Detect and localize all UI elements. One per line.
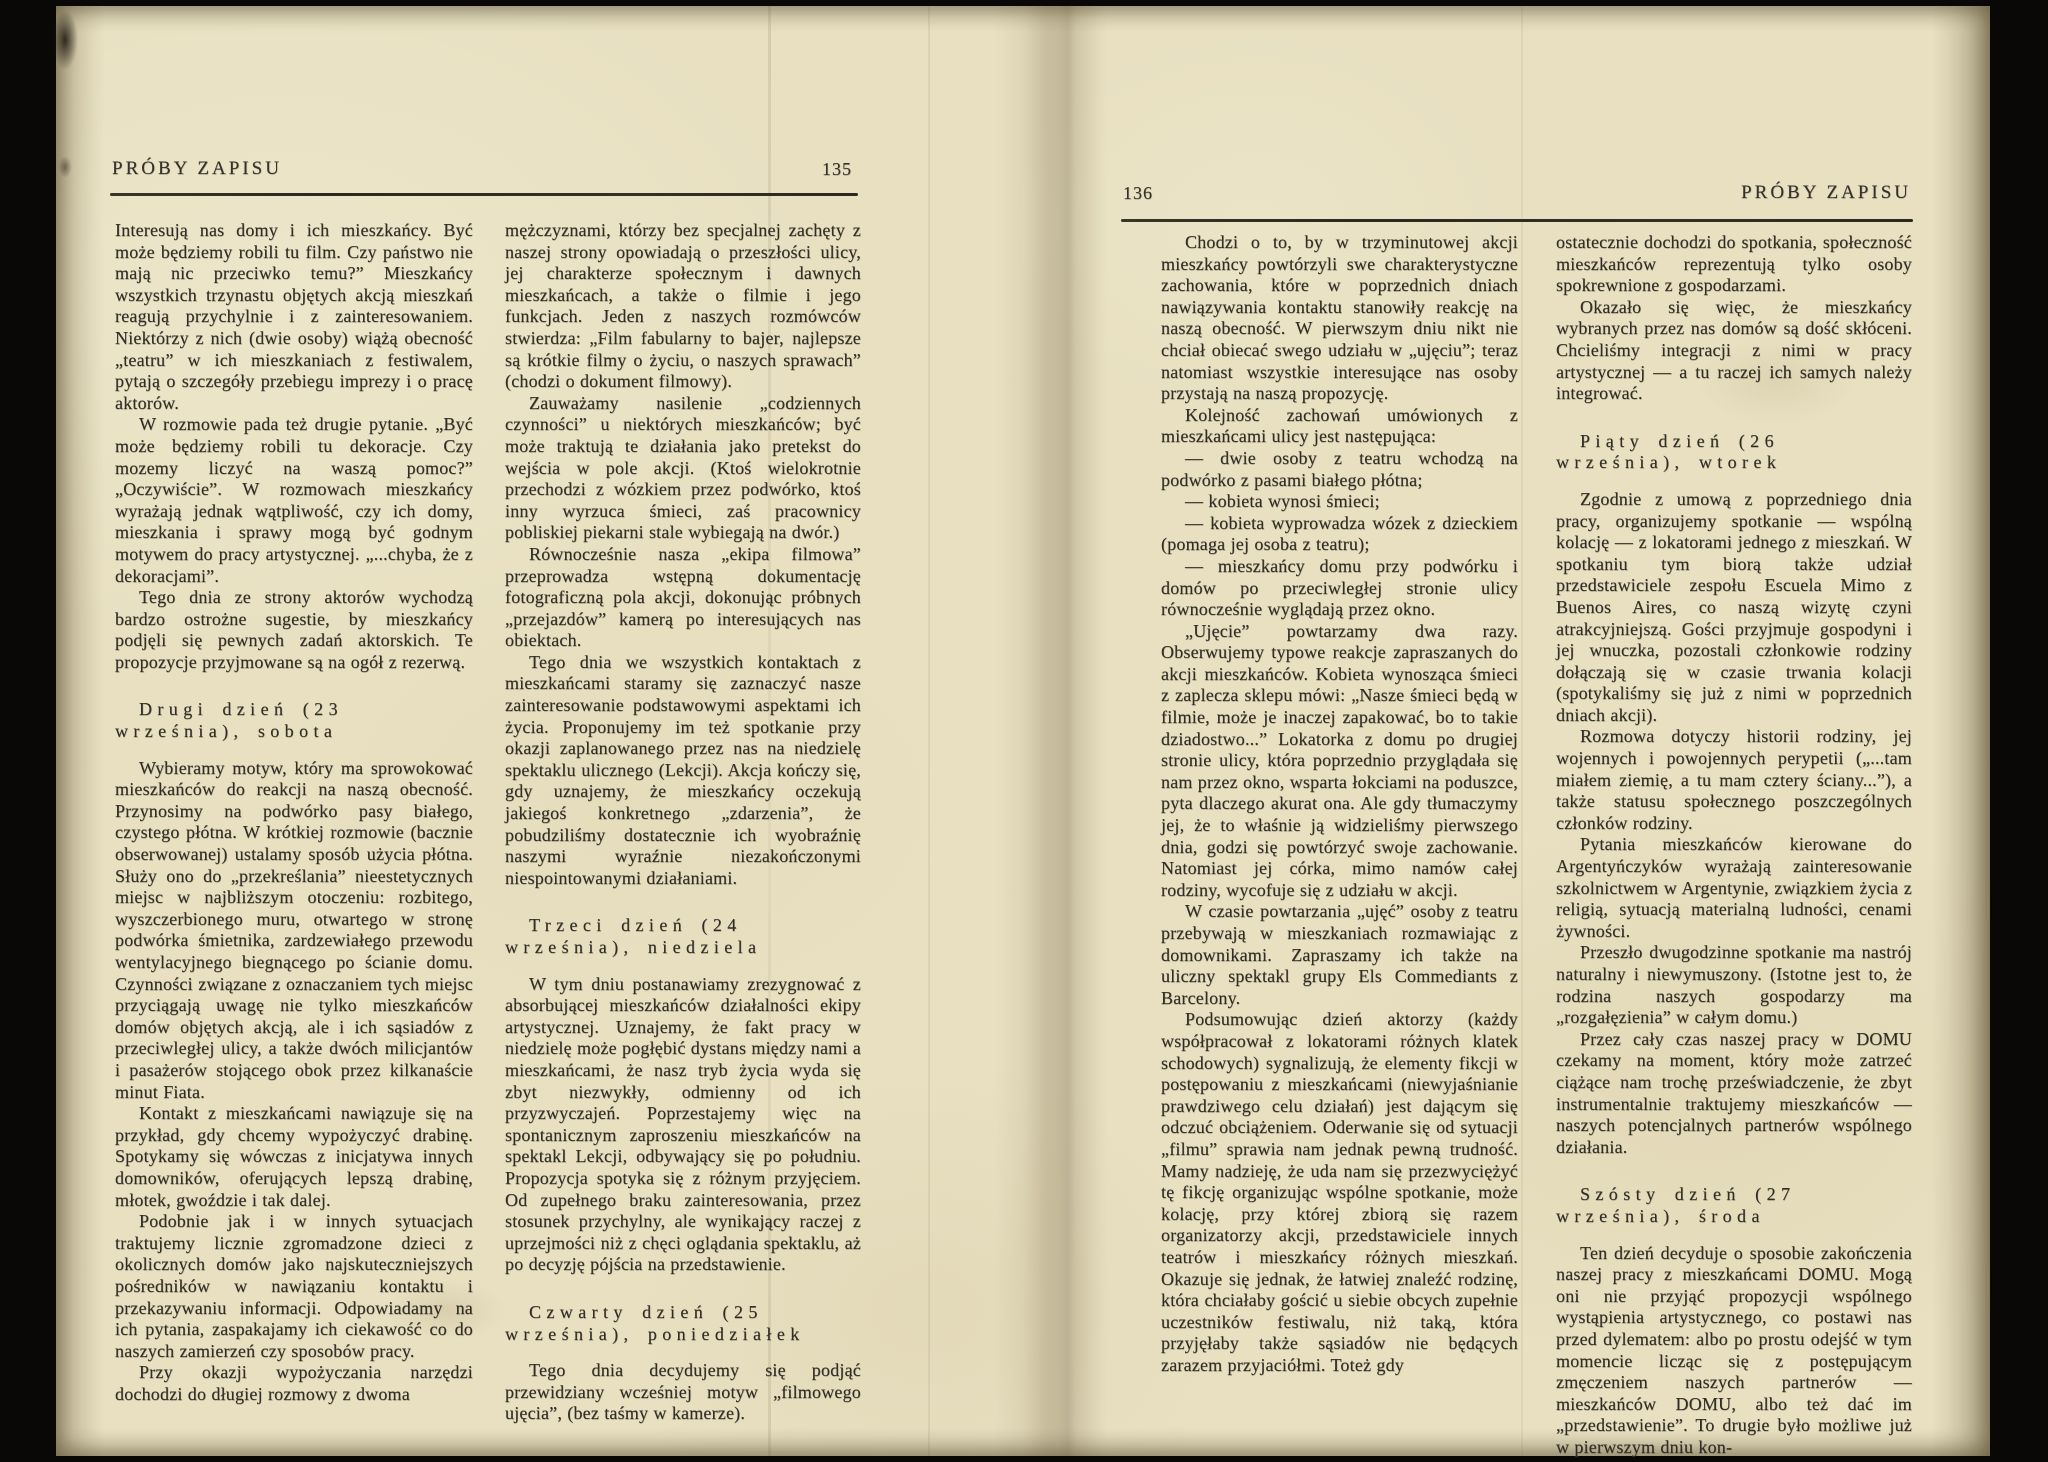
paragraph: Tego dnia ze strony aktorów wychodzą bar… — [115, 587, 473, 673]
center-fold-shadow — [1024, 6, 1108, 1456]
fold-line — [928, 6, 930, 1456]
paragraph: Przez cały czas naszej pracy w DOMU czek… — [1556, 1029, 1912, 1159]
header-rule-left — [110, 193, 858, 196]
paragraph: Kolejność zachowań umówionych z mieszkań… — [1161, 405, 1518, 448]
page-135-column-2: mężczyznami, którzy bez specjalnej zachę… — [505, 220, 861, 1425]
paragraph: — mieszkańcy domu przy podwórku i domów … — [1161, 556, 1518, 621]
running-head-right: PRÓBY ZAPISU — [1741, 182, 1911, 204]
paragraph: — kobieta wyprowadza wózek z dzieckiem (… — [1161, 513, 1518, 556]
paragraph: Równocześnie nasza „ekipa filmowa” przep… — [505, 544, 861, 652]
paragraph: Wybieramy motyw, który ma sprowokować mi… — [115, 758, 473, 1104]
paragraph: Przeszło dwugodzinne spotkanie ma nastró… — [1556, 942, 1912, 1028]
right-page-header: 136 PRÓBY ZAPISU — [1121, 176, 1913, 222]
page-136-column-1: Chodzi o to, by w trzyminutowej akcji mi… — [1161, 232, 1518, 1376]
paragraph: W rozmowie pada też drugie pytanie. „Być… — [115, 414, 473, 587]
section-heading: Trzeci dzień (24 września), niedziela — [505, 915, 861, 958]
left-page-header: PRÓBY ZAPISU 135 — [110, 152, 858, 196]
paragraph: Przy okazji wypożyczania narzędzi dochod… — [115, 1362, 473, 1405]
page-136-column-2: ostatecznie dochodzi do spotkania, społe… — [1556, 232, 1912, 1458]
ink-stain — [52, 10, 78, 70]
ink-stain — [58, 156, 72, 178]
paragraph: W tym dniu postanawiamy zrezygnować z ab… — [505, 974, 861, 1276]
paragraph: — kobieta wynosi śmieci; — [1161, 491, 1518, 513]
section-heading: Piąty dzień (26 września), wtorek — [1556, 431, 1912, 474]
paragraph: mężczyznami, którzy bez specjalnej zachę… — [505, 220, 861, 393]
paragraph: Podobnie jak i w innych sytuacjach trakt… — [115, 1211, 473, 1362]
paragraph: W czasie powtarzania „ujęć” osoby z teat… — [1161, 901, 1518, 1009]
page-number-left: 135 — [822, 159, 852, 180]
section-heading: Czwarty dzień (25 września), poniedziałe… — [505, 1302, 861, 1345]
section-heading: Drugi dzień (23 września), sobota — [115, 699, 473, 742]
paragraph: „Ujęcie” powtarzamy dwa razy. Obserwujem… — [1161, 621, 1518, 902]
paragraph: Chodzi o to, by w trzyminutowej akcji mi… — [1161, 232, 1518, 405]
paragraph: Ten dzień decyduje o sposobie zakończeni… — [1556, 1243, 1912, 1459]
paragraph: Zauważamy nasilenie „codziennych czynnoś… — [505, 393, 861, 544]
book-spread: PRÓBY ZAPISU 135 136 PRÓBY ZAPISU Intere… — [56, 6, 1990, 1456]
paragraph: Tego dnia decydujemy się podjąć przewidz… — [505, 1360, 861, 1425]
paragraph: Podsumowując dzień aktorzy (każdy współp… — [1161, 1009, 1518, 1376]
paragraph: Kontakt z mieszkańcami nawiązuje się na … — [115, 1103, 473, 1211]
paragraph: — dwie osoby z teatru wchodzą na podwórk… — [1161, 448, 1518, 491]
paragraph: Interesują nas domy i ich mieszkańcy. By… — [115, 220, 473, 414]
paragraph: Okazało się więc, że mieszkańcy wybranyc… — [1556, 297, 1912, 405]
fold-line — [1521, 6, 1523, 1456]
paragraph: Rozmowa dotyczy historii rodziny, jej wo… — [1556, 726, 1912, 834]
paragraph: Zgodnie z umową z poprzedniego dnia prac… — [1556, 489, 1912, 727]
section-heading: Szósty dzień (27 września), środa — [1556, 1184, 1912, 1227]
paragraph: ostatecznie dochodzi do spotkania, społe… — [1556, 232, 1912, 297]
paragraph: Pytania mieszkańców kierowane do Argenty… — [1556, 834, 1912, 942]
scan-background: PRÓBY ZAPISU 135 136 PRÓBY ZAPISU Intere… — [0, 0, 2048, 1462]
paragraph: Tego dnia we wszystkich kontaktach z mie… — [505, 652, 861, 890]
running-head-left: PRÓBY ZAPISU — [112, 158, 282, 180]
page-135-column-1: Interesują nas domy i ich mieszkańcy. By… — [115, 220, 473, 1405]
header-rule-right — [1121, 219, 1913, 222]
page-number-right: 136 — [1123, 183, 1153, 204]
